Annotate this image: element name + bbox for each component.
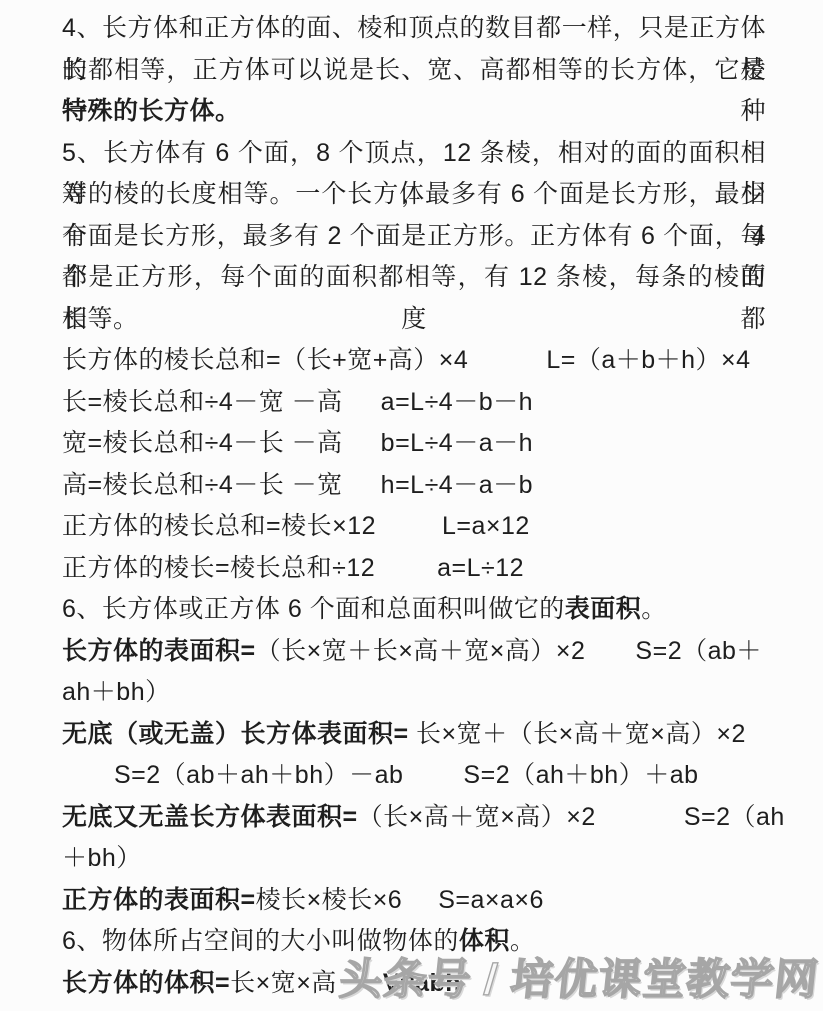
spacer [596, 824, 684, 825]
spacer [402, 907, 438, 908]
document-page: 4、长方体和正方体的面、棱和顶点的数目都一样，只是正方体的棱长都相等，正方体可以… [0, 0, 823, 1011]
text-segment: S=a×a×6 [438, 886, 544, 914]
text-line: 正方体的棱长=棱长总和÷12a=L÷12 [62, 548, 766, 590]
spacer [375, 575, 437, 576]
text-segment: 都是正方形，每个面的面积都相等，有 12 条棱，每条的棱的长度都 [62, 263, 766, 333]
text-segment: ＋bh） [62, 844, 142, 872]
text-line: 长方体的棱长总和=（长+宽+高）×4L=（a＋b＋h）×4 [62, 340, 766, 382]
spacer [585, 658, 635, 659]
text-line: 正方体的棱长总和=棱长×12L=a×12 [62, 506, 766, 548]
spacer [62, 782, 114, 783]
text-segment: 正方体的棱长总和=棱长×12 [62, 512, 376, 540]
text-segment: 特殊的长方体。 [62, 97, 241, 125]
text-line: S=2（ab＋ah＋bh）－abS=2（ah＋bh）＋ab [62, 755, 766, 797]
spacer [343, 409, 381, 410]
text-line: 5、长方体有 6 个面，8 个顶点，12 条棱，相对的面的面积相等，相 [62, 133, 766, 175]
text-segment: S=2（ah＋bh）＋ab [463, 761, 698, 789]
text-segment: 正方体的表面积= [62, 886, 256, 914]
notes-text-body: 4、长方体和正方体的面、棱和顶点的数目都一样，只是正方体的棱长都相等，正方体可以… [62, 8, 766, 1004]
text-segment: 长×宽×高 [230, 969, 337, 997]
text-line: 宽=棱长总和÷4－长 －高b=L÷4－a－h [62, 423, 766, 465]
text-segment: 无底又无盖长方体表面积= [62, 803, 358, 831]
spacer [343, 492, 381, 493]
text-segment: S=2（ab＋ah＋bh）－ab [114, 761, 403, 789]
text-segment: 长方体的体积= [62, 969, 230, 997]
text-line: 个面是长方形，最多有 2 个面是正方形。正方体有 6 个面，每个面 [62, 216, 766, 258]
text-line: 无底又无盖长方体表面积=（长×高＋宽×高）×2S=2（ah [62, 797, 766, 839]
text-segment: L=（a＋b＋h）×4 [546, 346, 750, 374]
text-segment: h=L÷4－a－b [381, 471, 533, 499]
spacer [403, 782, 463, 783]
text-segment: 6、长方体或正方体 6 个面和总面积叫做它的 [62, 595, 565, 623]
text-segment: 长×宽＋（长×高＋宽×高）×2 [409, 720, 746, 748]
text-segment: a=L÷4－b－h [381, 388, 533, 416]
spacer [468, 367, 546, 368]
text-segment: 长方体的表面积= [62, 637, 256, 665]
text-segment: 正方体的棱长=棱长总和÷12 [62, 554, 375, 582]
text-segment: 长方体的棱长总和=（长+宽+高）×4 [62, 346, 468, 374]
watermark-text: 头条号 / 培优课堂教学网 [337, 946, 822, 1007]
text-line: 都是正方形，每个面的面积都相等，有 12 条棱，每条的棱的长度都 [62, 257, 766, 299]
text-segment: S=2（ab＋ [635, 637, 762, 665]
text-segment: 表面积 [565, 595, 642, 623]
text-segment: ah＋bh） [62, 678, 171, 706]
text-segment: b=L÷4－a－h [381, 429, 533, 457]
text-line: 长都相等，正方体可以说是长、宽、高都相等的长方体，它是一种 [62, 50, 766, 92]
spacer [343, 450, 381, 451]
text-segment: 。 [641, 595, 667, 623]
text-segment: a=L÷12 [437, 554, 524, 582]
text-line: 正方体的表面积=棱长×棱长×6S=a×a×6 [62, 880, 766, 922]
text-segment: （长×高＋宽×高）×2 [358, 803, 596, 831]
text-line: 长方体的表面积=（长×宽＋长×高＋宽×高）×2S=2（ab＋ [62, 631, 766, 673]
text-line: 4、长方体和正方体的面、棱和顶点的数目都一样，只是正方体的棱 [62, 8, 766, 50]
text-segment: 相等。 [62, 305, 139, 333]
text-line: ＋bh） [62, 838, 766, 880]
text-segment: 无底（或无盖）长方体表面积= [62, 720, 409, 748]
text-segment: 宽=棱长总和÷4－长 －高 [62, 429, 343, 457]
text-segment: 高=棱长总和÷4－长 －宽 [62, 471, 343, 499]
text-segment: 长=棱长总和÷4－宽 －高 [62, 388, 343, 416]
text-line: 高=棱长总和÷4－长 －宽h=L÷4－a－b [62, 465, 766, 507]
text-segment: S=2（ah [684, 803, 785, 831]
spacer [376, 533, 442, 534]
text-segment: 棱长×棱长×6 [256, 886, 403, 914]
text-line: 对的棱的长度相等。一个长方体最多有 6 个面是长方形，最少有 4 [62, 174, 766, 216]
text-segment: L=a×12 [442, 512, 530, 540]
text-line: 无底（或无盖）长方体表面积= 长×宽＋（长×高＋宽×高）×2 [62, 714, 766, 756]
text-line: 长=棱长总和÷4－宽 －高a=L÷4－b－h [62, 382, 766, 424]
text-segment: （长×宽＋长×高＋宽×高）×2 [256, 637, 586, 665]
text-line: ah＋bh） [62, 672, 766, 714]
text-line: 6、长方体或正方体 6 个面和总面积叫做它的表面积。 [62, 589, 766, 631]
